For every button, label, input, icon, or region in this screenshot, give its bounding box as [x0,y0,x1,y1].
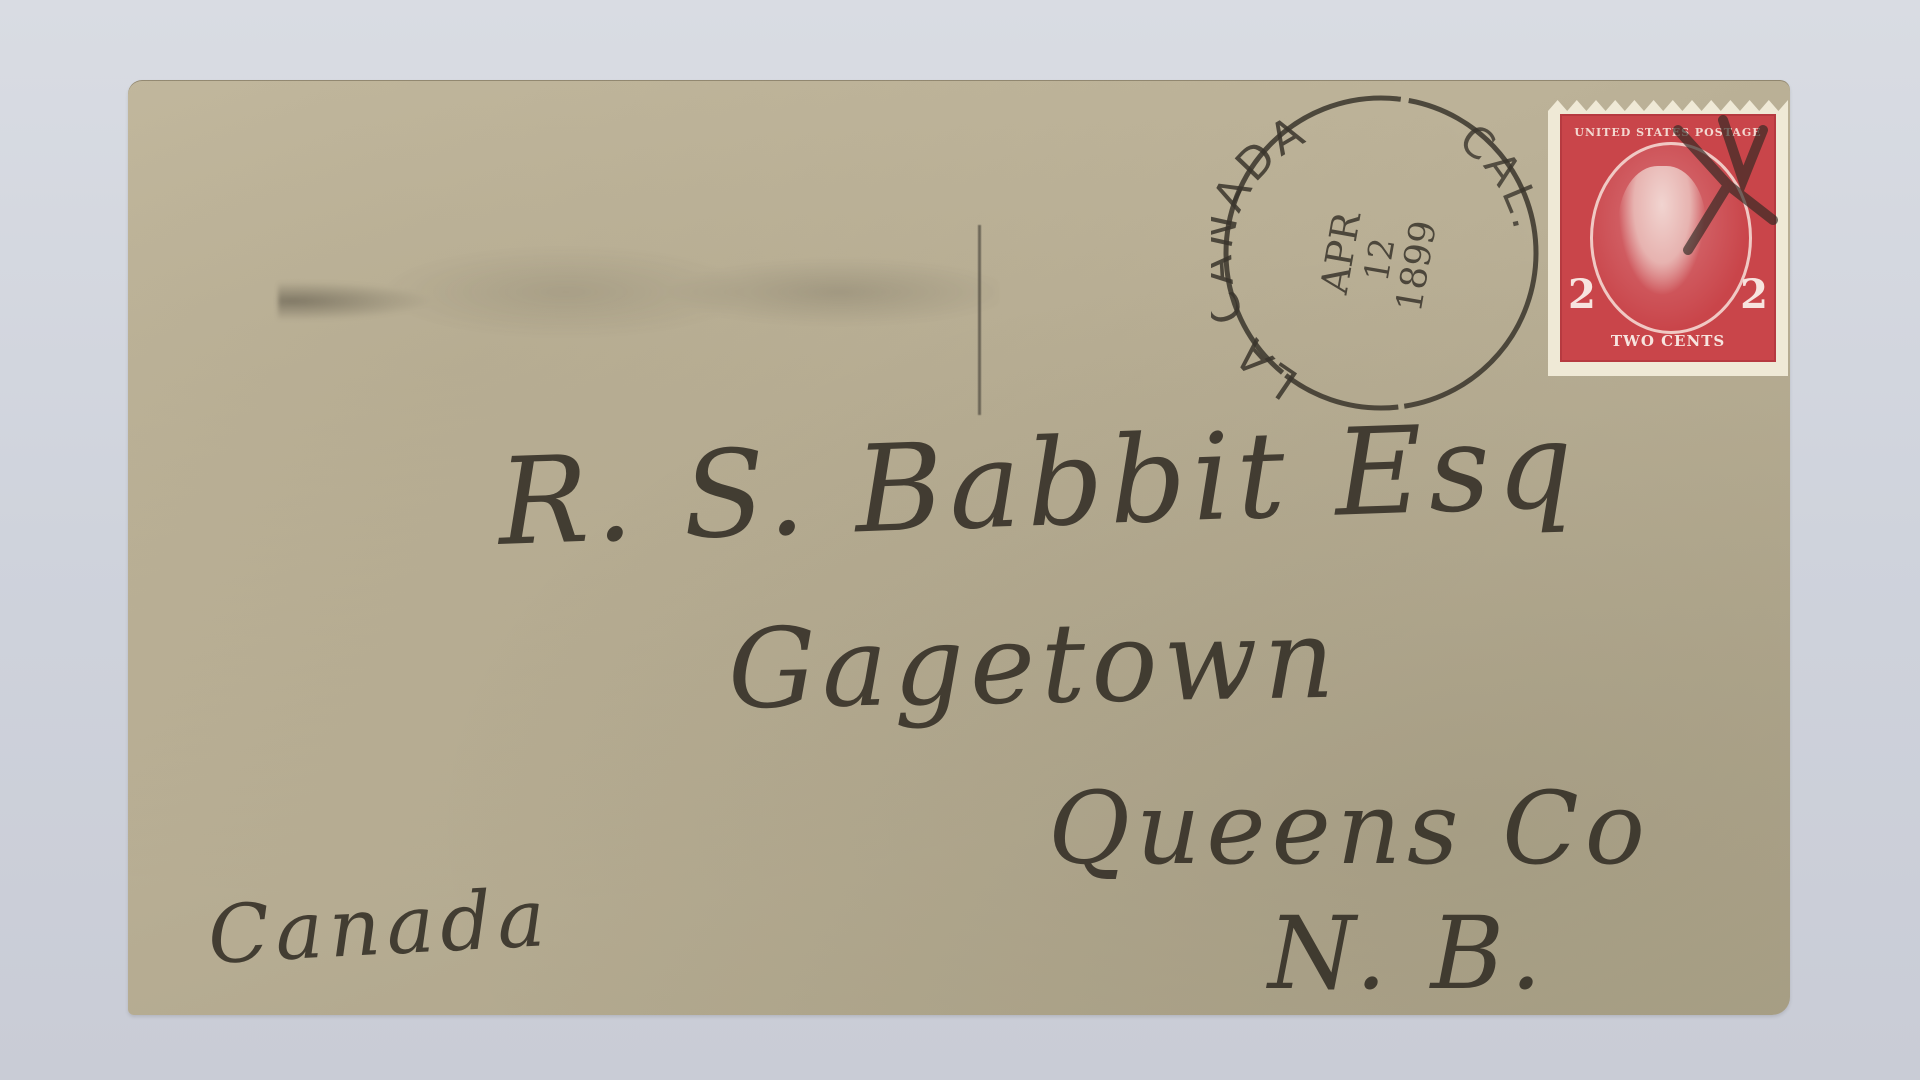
address-county: Queens Co [1048,770,1651,887]
ink-smudge [278,220,998,400]
addressee-name: R. S. Babbit Esq [496,396,1581,573]
postmark-town: LA CANADA [1211,105,1316,409]
stamp-bottom-text: TWO CENTS [1611,332,1725,350]
svg-text:CAL.: CAL. [1450,114,1551,237]
postmark: LA CANADA CAL. APR 12 1899 [1211,85,1551,420]
address-town: Gagetown [727,595,1342,734]
country-annotation: Canada [206,871,553,982]
svg-text:LA CANADA: LA CANADA [1211,105,1316,409]
cancellation-killer-icon [1668,110,1778,260]
postage-stamp: UNITED STATES POSTAGE 2 2 TWO CENTS [1548,100,1788,376]
stamp-denomination-right: 2 [1740,271,1768,318]
postmark-state: CAL. [1450,114,1551,237]
envelope: LA CANADA CAL. APR 12 1899 UNITED STATES… [128,80,1790,1015]
cancel-line [978,225,981,415]
postmark-circle-icon: LA CANADA CAL. APR 12 1899 [1211,85,1551,420]
address-province: N. B. [1268,895,1548,1012]
stamp-denomination-left: 2 [1568,271,1596,318]
postmark-year: 1899 [1389,218,1445,315]
